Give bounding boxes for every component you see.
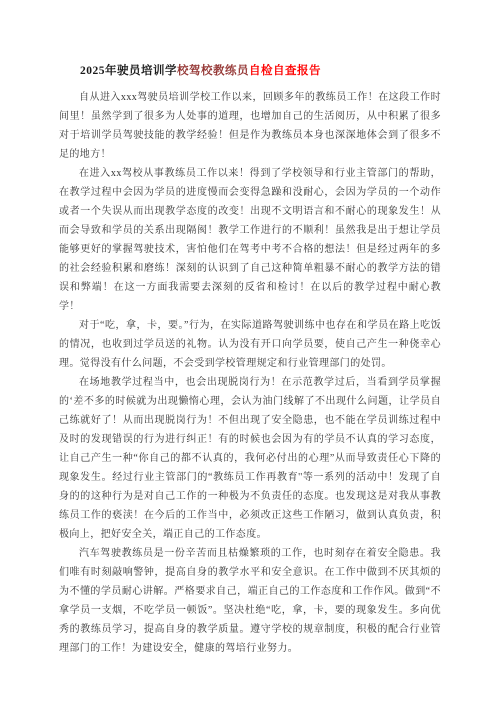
title-segment-black: 2025年驶员培训学 xyxy=(80,65,177,77)
paragraph-4: 在场地教学过程当中，也会出现脱岗行为！在示范教学过后，当看到学员掌握的‘差不多的… xyxy=(59,373,441,544)
document-title: 2025年驶员培训学校驾校教练员自检自查报告 xyxy=(80,63,441,79)
paragraph-5: 汽车驾驶教练员是一份辛苦而且枯燥繁琐的工作，也时刻存在着安全隐患。我们唯有时刻敲… xyxy=(59,544,441,658)
document-page: 2025年驶员培训学校驾校教练员自检自查报告 自从进入xxx驾驶员培训学校工作以… xyxy=(0,0,500,707)
document-body: 自从进入xxx驾驶员培训学校工作以来，回顾多年的教练员工作！在这段工作时间里！虽… xyxy=(59,88,441,658)
paragraph-1: 自从进入xxx驾驶员培训学校工作以来，回顾多年的教练员工作！在这段工作时间里！虽… xyxy=(59,88,441,164)
paragraph-2: 在进入xx驾校从事教练员工作以来！得到了学校领导和行业主管部门的帮助，在教学过程… xyxy=(59,164,441,316)
document-content: 2025年驶员培训学校驾校教练员自检自查报告 自从进入xxx驾驶员培训学校工作以… xyxy=(0,0,500,658)
title-segment-red: 自检自查报告 xyxy=(249,65,321,77)
paragraph-3: 对于“吃，拿，卡，要。”行为，在实际道路驾驶训练中也存在和学员在路上吃饭的情况，… xyxy=(59,316,441,373)
title-segment-darkred: 校驾校教练员 xyxy=(177,65,249,77)
